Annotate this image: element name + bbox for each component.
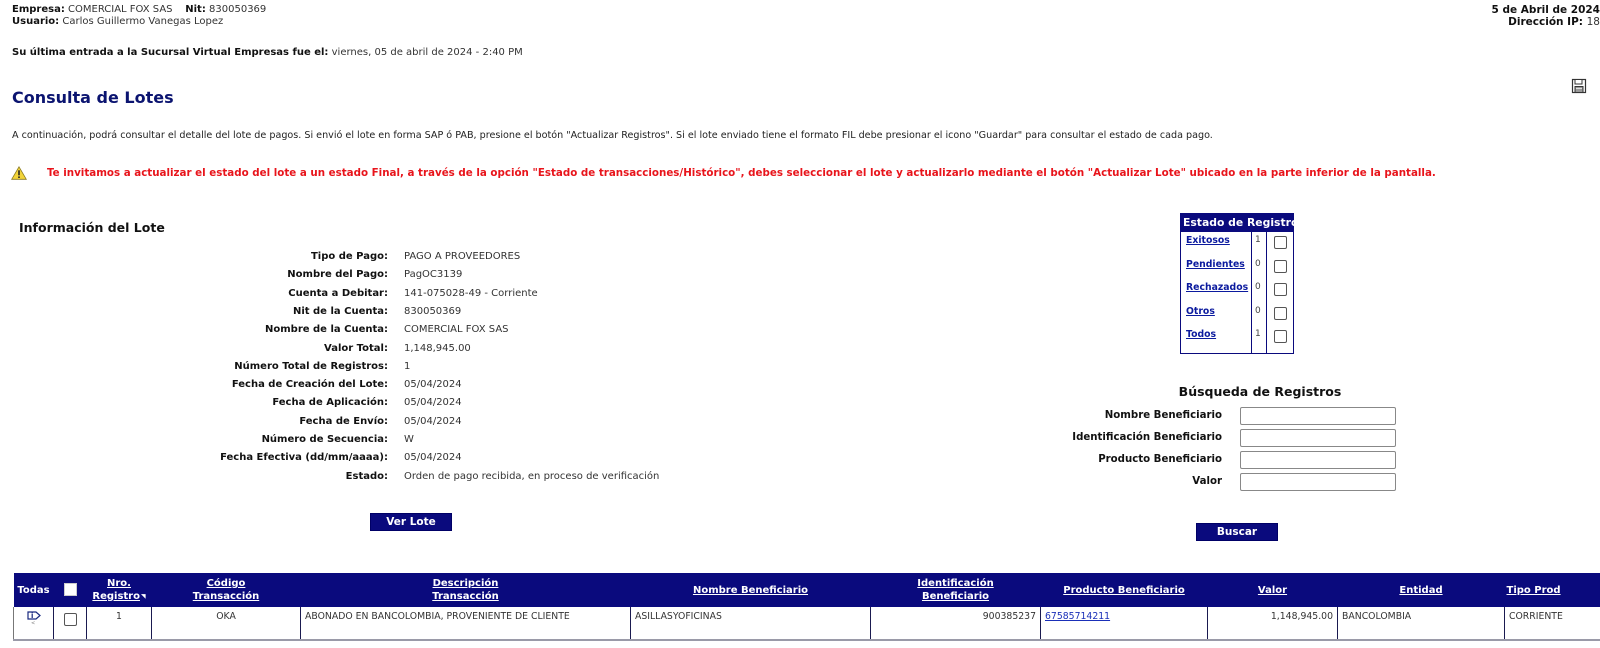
estado-row-pendientes: Pendientes0 [1181,257,1293,281]
table-row: i<1OKAABONADO EN BANCOLOMBIA, PROVENIENT… [14,607,1600,640]
info-value: 830050369 [404,306,461,317]
info-value: 141-075028-49 - Corriente [404,288,538,299]
column-header: Nro.Registro◥ [87,573,152,607]
entidad-cell: BANCOLOMBIA [1338,607,1505,640]
info-row: Fecha de Aplicación:05/04/2024 [0,397,700,415]
codigo-transaccion-cell: OKA [152,607,301,640]
ip-value: 18 [1587,16,1600,28]
sort-link[interactable]: CódigoTransacción [193,578,260,602]
select-all-checkbox[interactable] [64,583,77,596]
info-value: PagOC3139 [404,269,462,280]
estado-link-otros[interactable]: Otros [1186,306,1215,317]
nombre-beneficiario-cell: ASILLASYOFICINAS [631,607,871,640]
info-row: Estado:Orden de pago recibida, en proces… [0,471,700,489]
estado-checkbox[interactable] [1274,236,1287,249]
info-label: Fecha de Envío: [299,416,388,427]
sort-link[interactable]: Valor [1258,585,1287,596]
estado-count: 1 [1255,235,1261,245]
info-label: Cuenta a Debitar: [288,288,388,299]
info-value: 1,148,945.00 [404,343,471,354]
info-label: Nombre del Pago: [287,269,388,280]
registros-table: Todas Nro.Registro◥CódigoTransacciónDesc… [13,573,1600,641]
info-value: PAGO A PROVEEDORES [404,251,520,262]
nit-label: Nit: [185,4,206,15]
empresa-label: Empresa: [12,4,65,15]
info-row: Fecha de Creación del Lote:05/04/2024 [0,379,700,397]
busqueda-row: Producto Beneficiario [1040,451,1400,471]
info-label: Fecha de Creación del Lote: [232,379,388,390]
info-section-title: Información del Lote [19,220,165,235]
last-login-value: viernes, 05 de abril de 2024 - 2:40 PM [332,47,523,58]
nro-registro-cell: 1 [87,607,152,640]
warning-message: Te invitamos a actualizar el estado del … [47,167,1436,179]
info-row: Nit de la Cuenta:830050369 [0,306,700,324]
usuario-label: Usuario: [12,16,59,27]
sort-indicator-icon: ◥ [141,593,146,600]
column-header: DescripciónTransacción [301,573,631,607]
column-header: Tipo Prod [1505,573,1600,607]
estado-count: 0 [1255,306,1261,316]
info-row: Valor Total:1,148,945.00 [0,343,700,361]
info-label: Valor Total: [324,343,388,354]
floppy-disk-icon[interactable] [1571,78,1587,94]
valor-cell: 1,148,945.00 [1208,607,1338,640]
last-login-label: Su última entrada a la Sucursal Virtual … [12,47,328,58]
busqueda-title: Búsqueda de Registros [1160,384,1360,399]
estado-checkbox[interactable] [1274,307,1287,320]
busqueda-row: Identificación Beneficiario [1040,429,1400,449]
session-info: Empresa: COMERCIAL FOX SAS Nit: 83005036… [12,4,266,28]
busqueda-label: Identificación Beneficiario [1072,432,1222,443]
estado-row-rechazados: Rechazados0 [1181,280,1293,304]
svg-text:i: i [31,612,33,620]
row-checkbox[interactable] [64,613,77,626]
todas-label: Todas [14,573,54,607]
nit-value: 830050369 [209,4,266,15]
sort-link[interactable]: DescripciónTransacción [432,578,499,602]
info-row: Fecha Efectiva (dd/mm/aaaa):05/04/2024 [0,452,700,470]
busqueda-label: Valor [1192,476,1222,487]
estado-count: 0 [1255,259,1261,269]
empresa-value: COMERCIAL FOX SAS [68,4,173,15]
estado-checkbox[interactable] [1274,283,1287,296]
column-header: Entidad [1338,573,1505,607]
column-header: IdentificaciónBeneficiario [871,573,1041,607]
descripcion-transaccion-cell: ABONADO EN BANCOLOMBIA, PROVENIENTE DE C… [301,607,631,640]
estado-row-exitosos: Exitosos1 [1181,233,1293,257]
info-label: Estado: [346,471,388,482]
info-label: Tipo de Pago: [311,251,388,262]
estado-count: 1 [1255,329,1261,339]
sort-link[interactable]: Tipo Prod [1507,585,1561,596]
estado-registros-title: Estado de Registros [1181,214,1293,232]
info-value: 05/04/2024 [404,397,462,408]
svg-text:<: < [31,621,35,626]
valor-input[interactable] [1240,473,1396,491]
info-row: Fecha de Envío:05/04/2024 [0,416,700,434]
warning-triangle-icon [11,166,27,180]
usuario-value: Carlos Guillermo Vanegas Lopez [62,16,223,27]
info-label: Nit de la Cuenta: [293,306,388,317]
identificaci-n-beneficiario-input[interactable] [1240,429,1396,447]
info-value: COMERCIAL FOX SAS [404,324,509,335]
info-value: Orden de pago recibida, en proceso de ve… [404,471,659,482]
tipo-producto-cell: CORRIENTE [1505,607,1600,640]
nombre-beneficiario-input[interactable] [1240,407,1396,425]
info-row: Cuenta a Debitar:141-075028-49 - Corrien… [0,288,700,306]
info-row: Número Total de Registros:1 [0,361,700,379]
estado-count: 0 [1255,282,1261,292]
date-ip-info: 5 de Abril de 2024 Dirección IP: 18 [1400,4,1600,28]
sort-link[interactable]: Entidad [1399,585,1442,596]
info-row: Nombre del Pago:PagOC3139 [0,269,700,287]
ip-label: Dirección IP: [1508,16,1583,28]
info-value: 05/04/2024 [404,452,462,463]
estado-checkbox[interactable] [1274,260,1287,273]
buscar-button[interactable]: Buscar [1196,523,1278,541]
info-label: Nombre de la Cuenta: [265,324,388,335]
busqueda-row: Valor [1040,473,1400,493]
estado-row-otros: Otros0 [1181,304,1293,328]
ver-lote-button[interactable]: Ver Lote [370,513,452,531]
info-label: Número Total de Registros: [234,361,388,372]
estado-link-todos[interactable]: Todos [1186,329,1216,340]
producto-link[interactable]: 67585714211 [1045,611,1110,622]
info-label: Fecha Efectiva (dd/mm/aaaa): [220,452,388,463]
producto-beneficiario-cell: 67585714211 [1041,607,1208,640]
producto-beneficiario-input[interactable] [1240,451,1396,469]
busqueda-label: Producto Beneficiario [1098,454,1222,465]
estado-checkbox[interactable] [1274,330,1287,343]
info-row: Tipo de Pago:PAGO A PROVEEDORES [0,251,700,269]
info-value: 05/04/2024 [404,379,462,390]
estado-link-exitosos[interactable]: Exitosos [1186,235,1230,246]
sort-link[interactable]: Nro.Registro [92,578,140,602]
column-header: Valor [1208,573,1338,607]
sort-link[interactable]: Producto Beneficiario [1063,585,1185,596]
busqueda-row: Nombre Beneficiario [1040,407,1400,427]
last-login: Su última entrada a la Sucursal Virtual … [12,47,523,58]
info-label: Fecha de Aplicación: [272,397,388,408]
info-value: 1 [404,361,410,372]
info-row: Nombre de la Cuenta:COMERCIAL FOX SAS [0,324,700,342]
intro-text: A continuación, podrá consultar el detal… [12,130,1213,141]
sort-link[interactable]: Nombre Beneficiario [693,585,808,596]
column-header: Nombre Beneficiario [631,573,871,607]
busqueda-label: Nombre Beneficiario [1105,410,1222,421]
sort-link[interactable]: IdentificaciónBeneficiario [917,578,993,602]
estado-link-rechazados[interactable]: Rechazados [1186,282,1248,293]
column-header: CódigoTransacción [152,573,301,607]
info-value: 05/04/2024 [404,416,462,427]
current-date: 5 de Abril de 2024 [1400,4,1600,16]
estado-row-todos: Todos1 [1181,327,1293,351]
estado-link-pendientes[interactable]: Pendientes [1186,259,1245,270]
info-row: Número de Secuencia:W [0,434,700,452]
identificacion-beneficiario-cell: 900385237 [871,607,1041,640]
page-title: Consulta de Lotes [12,88,174,107]
estado-registros-panel: Estado de Registros Exitosos1Pendientes0… [1180,213,1294,354]
info-value: W [404,434,414,445]
column-header: Producto Beneficiario [1041,573,1208,607]
info-label: Número de Secuencia: [262,434,388,445]
info-detail-icon[interactable]: i< [25,609,43,628]
